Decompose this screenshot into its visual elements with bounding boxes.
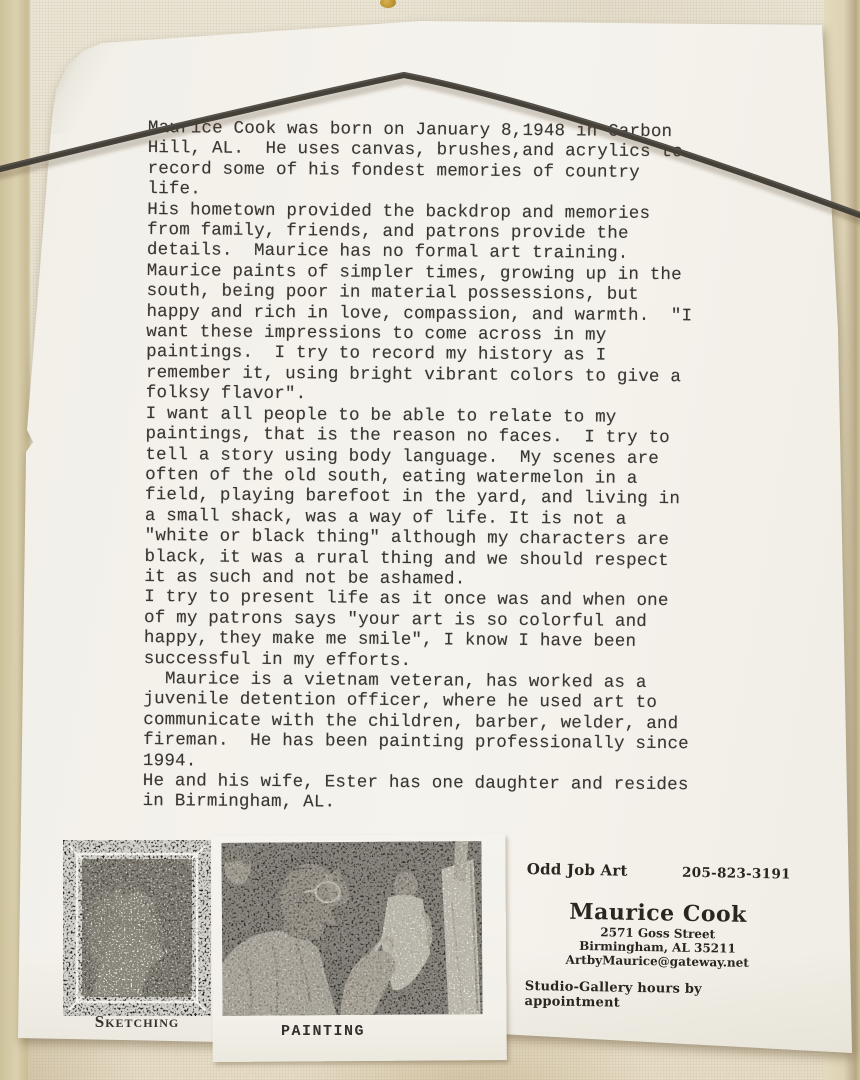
contact-card: Odd Job Art 205-823-3191 Maurice Cook 25…	[524, 860, 791, 1014]
caption-sketching: Sketching	[61, 1012, 213, 1032]
caption-painting: PAINTING	[223, 1023, 423, 1040]
painting-photo	[221, 841, 482, 1016]
biography-text: Maurice Cook was born on January 8,1948 …	[143, 118, 723, 816]
sketching-photo	[61, 836, 213, 1018]
photographed-document: Maurice Cook was born on January 8,1948 …	[0, 0, 860, 1080]
phone-number: 205-823-3191	[682, 865, 791, 883]
business-name: Odd Job Art	[527, 860, 628, 880]
hours-note: Studio-Gallery hours by appointment	[524, 979, 788, 1014]
page-curl	[44, 34, 122, 134]
